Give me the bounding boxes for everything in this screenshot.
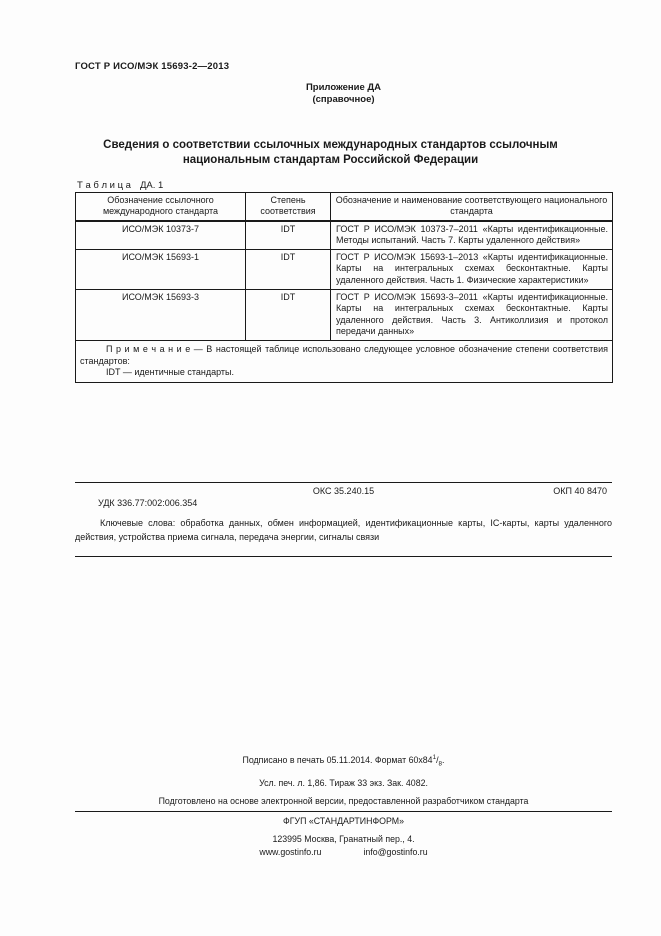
- imprint-print-info: Подписано в печать 05.11.2014. Формат 60…: [75, 749, 612, 774]
- table-note: П р и м е ч а н и е — В настоящей таблиц…: [76, 341, 613, 383]
- note-line-1: П р и м е ч а н и е — В настоящей таблиц…: [80, 344, 608, 367]
- imprint-print-run: Усл. печ. л. 1,86. Тираж 33 экз. Зак. 40…: [75, 774, 612, 792]
- col-header-degree: Степень соответствия: [246, 193, 331, 221]
- okp-code: ОКП 40 8470: [553, 486, 607, 496]
- table-note-row: П р и м е ч а н и е — В настоящей таблиц…: [76, 341, 613, 383]
- degree-cell: IDT: [246, 290, 331, 341]
- ref-standard-cell: ИСО/МЭК 15693-1: [76, 250, 246, 290]
- note-line-2: IDT — идентичные стандарты.: [80, 367, 608, 378]
- ref-standard-cell: ИСО/МЭК 15693-3: [76, 290, 246, 341]
- annex-subtitle: (справочное): [75, 94, 612, 106]
- page-title-line-1: Сведения о соответствии ссылочных междун…: [40, 138, 621, 153]
- national-standard-cell: ГОСТ Р ИСО/МЭК 15693-3–2011 «Карты идент…: [331, 290, 613, 341]
- ref-standard-cell: ИСО/МЭК 10373-7: [76, 221, 246, 250]
- table-row: ИСО/МЭК 10373-7 IDT ГОСТ Р ИСО/МЭК 10373…: [76, 221, 613, 250]
- degree-cell: IDT: [246, 221, 331, 250]
- table-row: ИСО/МЭК 15693-3 IDT ГОСТ Р ИСО/МЭК 15693…: [76, 290, 613, 341]
- page-title: Сведения о соответствии ссылочных междун…: [40, 138, 621, 168]
- annex-title: Приложение ДА: [75, 82, 612, 94]
- print-info-text: Подписано в печать 05.11.2014. Формат 60…: [243, 755, 433, 765]
- correspondence-table: Обозначение ссылочного международного ст…: [75, 192, 613, 383]
- print-info-period: .: [442, 755, 444, 765]
- publisher-website: www.gostinfo.ru: [259, 846, 321, 859]
- keywords-bottom-rule: [75, 556, 612, 557]
- udk-code: УДК 336.77:002:006.354: [98, 498, 197, 508]
- doc-code: ГОСТ Р ИСО/МЭК 15693-2—2013: [75, 61, 229, 72]
- col-header-reference-standard: Обозначение ссылочного международного ст…: [76, 193, 246, 221]
- degree-cell: IDT: [246, 250, 331, 290]
- document-page: ГОСТ Р ИСО/МЭК 15693-2—2013 Приложение Д…: [0, 0, 661, 936]
- page-title-line-2: национальным стандартам Российской Федер…: [40, 153, 621, 168]
- publisher-email: info@gostinfo.ru: [363, 846, 427, 859]
- national-standard-cell: ГОСТ Р ИСО/МЭК 15693-1–2013 «Карты идент…: [331, 250, 613, 290]
- table-caption-number: ДА. 1: [140, 180, 163, 191]
- publisher-address: 123995 Москва, Гранатный пер., 4.: [75, 833, 612, 846]
- publisher-contacts: www.gostinfo.ru info@gostinfo.ru: [75, 846, 612, 859]
- col-header-national-standard: Обозначение и наименование соответствующ…: [331, 193, 613, 221]
- national-standard-cell: ГОСТ Р ИСО/МЭК 10373-7–2011 «Карты идент…: [331, 221, 613, 250]
- imprint-block: Подписано в печать 05.11.2014. Формат 60…: [75, 749, 612, 859]
- annex-heading: Приложение ДА (справочное): [75, 82, 612, 106]
- table-row: ИСО/МЭК 15693-1 IDT ГОСТ Р ИСО/МЭК 15693…: [76, 250, 613, 290]
- table-caption: Т а б л и ц аДА. 1: [77, 180, 163, 191]
- table-caption-word: Т а б л и ц а: [77, 180, 131, 191]
- imprint-rule: [75, 811, 612, 812]
- imprint-prepared-note: Подготовлено на основе электронной верси…: [75, 792, 612, 810]
- classification-codes: ОКС 35.240.15 ОКП 40 8470 УДК 336.77:002…: [75, 482, 612, 516]
- publisher-name: ФГУП «СТАНДАРТИНФОРМ»: [75, 814, 612, 828]
- keywords-paragraph: Ключевые слова: обработка данных, обмен …: [75, 517, 612, 544]
- oks-code: ОКС 35.240.15: [75, 486, 612, 496]
- table-header-row: Обозначение ссылочного международного ст…: [76, 193, 613, 221]
